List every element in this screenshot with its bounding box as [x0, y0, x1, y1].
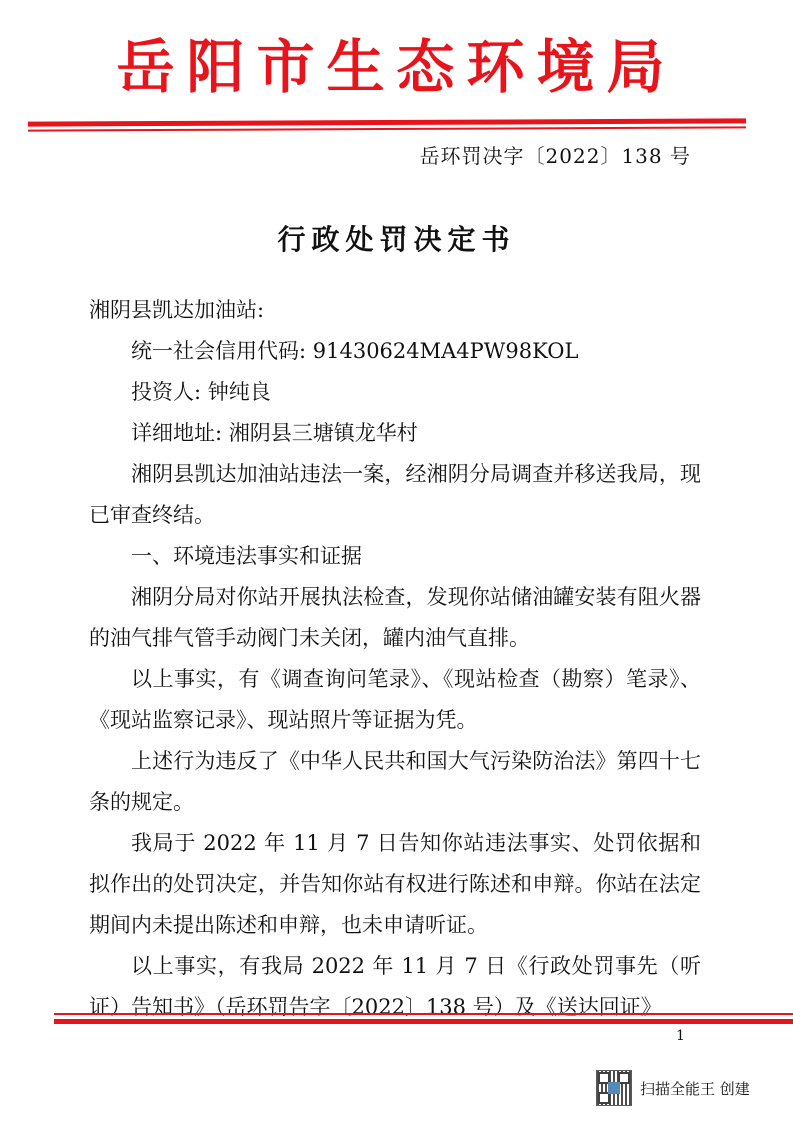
legal-basis: 上述行为违反了《中华人民共和国大气污染防治法》第四十七条的规定。	[89, 741, 701, 823]
qr-code-icon	[596, 1070, 632, 1106]
footer-rule-thick	[54, 1019, 793, 1024]
section-heading-facts: 一、环境违法事实和证据	[89, 536, 701, 577]
violation-facts: 湘阴分局对你站开展执法检查，发现你站储油罐安装有阻火器的油气排气管手动阀门未关闭…	[89, 577, 701, 659]
investor: 投资人: 钟纯良	[89, 372, 701, 413]
scanner-watermark: 扫描全能王 创建	[596, 1070, 750, 1106]
notification: 我局于 2022 年 11 月 7 日告知你站违法事实、处罚依据和拟作出的处罚决…	[89, 823, 701, 946]
footer-rule-thin	[54, 1013, 793, 1015]
notification-evidence: 以上事实，有我局 2022 年 11 月 7 日《行政处罚事先（听证）告知书》（…	[89, 946, 701, 1028]
credit-code: 统一社会信用代码: 91430624MA4PW98KOL	[89, 331, 701, 372]
masthead-rule-thick	[28, 118, 746, 126]
address: 详细地址: 湘阴县三塘镇龙华村	[89, 413, 701, 454]
document-title: 行政处罚决定书	[0, 218, 793, 258]
masthead-rule-thin	[28, 126, 746, 131]
document-body: 湘阴县凯达加油站: 统一社会信用代码: 91430624MA4PW98KOL 投…	[89, 290, 701, 1028]
case-intro: 湘阴县凯达加油站违法一案，经湘阴分局调查并移送我局，现已审查终结。	[89, 454, 701, 536]
document-number: 岳环罚决字〔2022〕138 号	[420, 140, 691, 169]
watermark-text: 扫描全能王 创建	[640, 1078, 750, 1099]
recipient: 湘阴县凯达加油站:	[89, 290, 701, 331]
page-number: 1	[676, 1028, 685, 1044]
agency-masthead: 岳阳市生态环境局	[0, 32, 793, 102]
evidence-list: 以上事实，有《调查询问笔录》、《现站检查（勘察）笔录》、《现站监察记录》、现站照…	[89, 659, 701, 741]
